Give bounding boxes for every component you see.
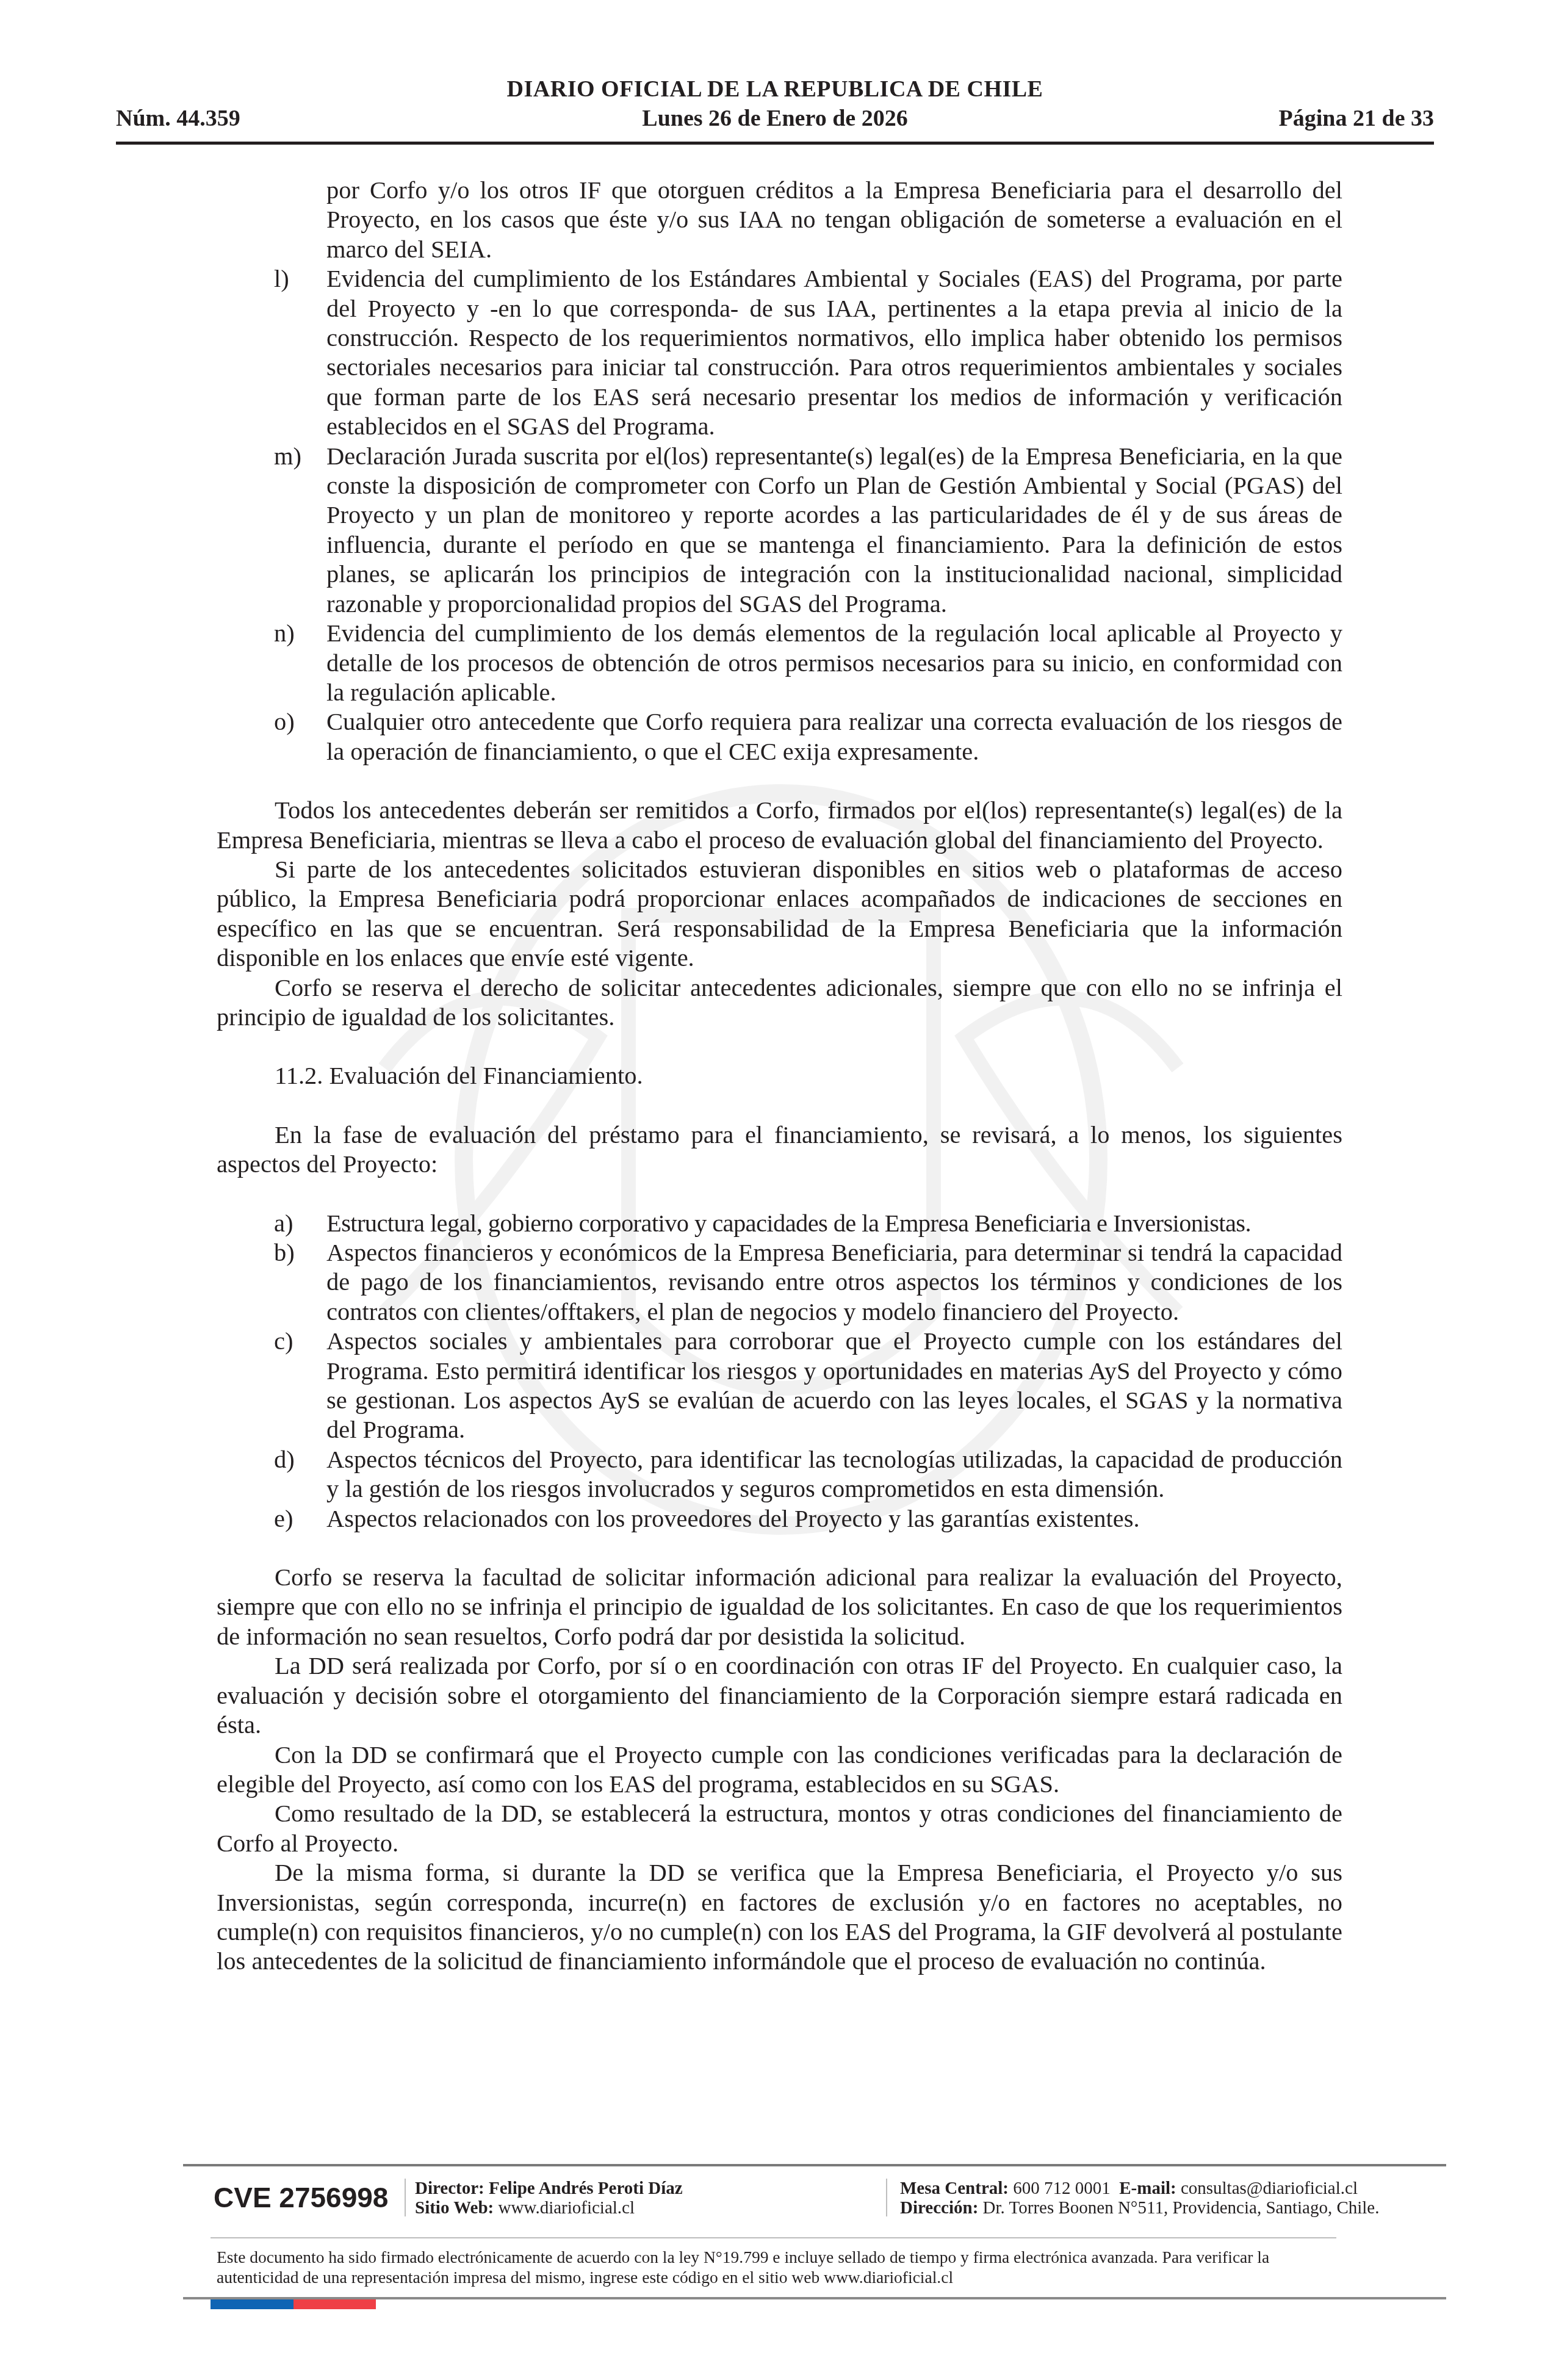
list-item-label: m) <box>217 442 326 619</box>
list-item-label: b) <box>217 1238 326 1327</box>
publication-title: DIARIO OFICIAL DE LA REPUBLICA DE CHILE <box>116 76 1434 103</box>
list-item-text: Aspectos técnicos del Proyecto, para ide… <box>326 1445 1342 1504</box>
footer-divider <box>183 2164 1446 2166</box>
paragraph: La DD será realizada por Corfo, por sí o… <box>217 1651 1342 1740</box>
director-name: Felipe Andrés Peroti Díaz <box>489 2179 683 2198</box>
list-item-label: l) <box>217 264 326 441</box>
page-number: Página 21 de 33 <box>1279 105 1434 132</box>
footer-divider <box>211 2237 1336 2238</box>
list-item-label: n) <box>217 619 326 707</box>
list-item: a) Estructura legal, gobierno corporativ… <box>217 1209 1342 1238</box>
paragraph: Como resultado de la DD, se establecerá … <box>217 1799 1342 1858</box>
list-item-label: c) <box>217 1327 326 1445</box>
list-item-text: Estructura legal, gobierno corporativo y… <box>326 1209 1342 1238</box>
list-item-text: Declaración Jurada suscrita por el(los) … <box>326 442 1342 619</box>
section-heading: 11.2. Evaluación del Financiamiento. <box>217 1061 1342 1091</box>
list-item-text: Aspectos financieros y económicos de la … <box>326 1238 1342 1327</box>
contact-block: Mesa Central: 600 712 0001 E-mail: consu… <box>900 2179 1379 2218</box>
phone-number: 600 712 0001 <box>1013 2179 1111 2198</box>
list-item: n) Evidencia del cumplimiento de los dem… <box>217 619 1342 707</box>
footer-info: CVE 2756998 Director: Felipe Andrés Pero… <box>183 2179 1403 2227</box>
list-item: m) Declaración Jurada suscrita por el(lo… <box>217 442 1342 619</box>
footer-separator <box>405 2179 406 2216</box>
address-text: Dr. Torres Boonen N°511, Providencia, Sa… <box>983 2198 1380 2218</box>
electronic-signature-notice: Este documento ha sido firmado electróni… <box>217 2247 1333 2287</box>
page-header: DIARIO OFICIAL DE LA REPUBLICA DE CHILE … <box>116 73 1434 146</box>
flag-stripe-red <box>294 2299 376 2309</box>
list-item-label: a) <box>217 1209 326 1238</box>
list-item-text: Evidencia del cumplimiento de los demás … <box>326 619 1342 707</box>
issue-date: Lunes 26 de Enero de 2026 <box>116 105 1434 132</box>
document-body: por Corfo y/o los otros IF que otorguen … <box>217 176 1342 1977</box>
list-item: e) Aspectos relacionados con los proveed… <box>217 1504 1342 1534</box>
requirements-list: l) Evidencia del cumplimiento de los Est… <box>217 264 1342 766</box>
header-divider <box>116 142 1434 145</box>
list-item: b) Aspectos financieros y económicos de … <box>217 1238 1342 1327</box>
flag-stripe-blue <box>211 2299 294 2309</box>
director-block: Director: Felipe Andrés Peroti Díaz Siti… <box>415 2179 683 2218</box>
list-item-label: e) <box>217 1504 326 1534</box>
list-item: c) Aspectos sociales y ambientales para … <box>217 1327 1342 1445</box>
footer-separator <box>886 2179 887 2216</box>
email-label: E-mail: <box>1119 2179 1176 2198</box>
cve-code: CVE 2756998 <box>214 2181 388 2214</box>
paragraph: Corfo se reserva la facultad de solicita… <box>217 1563 1342 1651</box>
intro-paragraph: En la fase de evaluación del préstamo pa… <box>217 1120 1342 1180</box>
evaluation-aspects-list: a) Estructura legal, gobierno corporativ… <box>217 1209 1342 1534</box>
list-item-label: d) <box>217 1445 326 1504</box>
list-item-text: Evidencia del cumplimiento de los Estánd… <box>326 264 1342 441</box>
paragraph: Si parte de los antecedentes solicitados… <box>217 855 1342 973</box>
director-label: Director: <box>415 2179 484 2198</box>
website-label: Sitio Web: <box>415 2198 494 2218</box>
list-item: o) Cualquier otro antecedente que Corfo … <box>217 707 1342 766</box>
paragraph: Corfo se reserva el derecho de solicitar… <box>217 973 1342 1033</box>
list-item-label: o) <box>217 707 326 766</box>
list-item: l) Evidencia del cumplimiento de los Est… <box>217 264 1342 441</box>
paragraph: Todos los antecedentes deberán ser remit… <box>217 796 1342 855</box>
list-item-text: Aspectos sociales y ambientales para cor… <box>326 1327 1342 1445</box>
list-item-text: Cualquier otro antecedente que Corfo req… <box>326 707 1342 766</box>
paragraph: Con la DD se confirmará que el Proyecto … <box>217 1740 1342 1800</box>
list-item-text: Aspectos relacionados con los proveedore… <box>326 1504 1342 1534</box>
paragraph: De la misma forma, si durante la DD se v… <box>217 1858 1342 1977</box>
continuation-text: por Corfo y/o los otros IF que otorguen … <box>217 176 1342 264</box>
address-label: Dirección: <box>900 2198 978 2218</box>
phone-label: Mesa Central: <box>900 2179 1009 2198</box>
list-item: d) Aspectos técnicos del Proyecto, para … <box>217 1445 1342 1504</box>
email-link[interactable]: consultas@diarioficial.cl <box>1181 2179 1358 2198</box>
website-link[interactable]: www.diarioficial.cl <box>498 2198 635 2218</box>
